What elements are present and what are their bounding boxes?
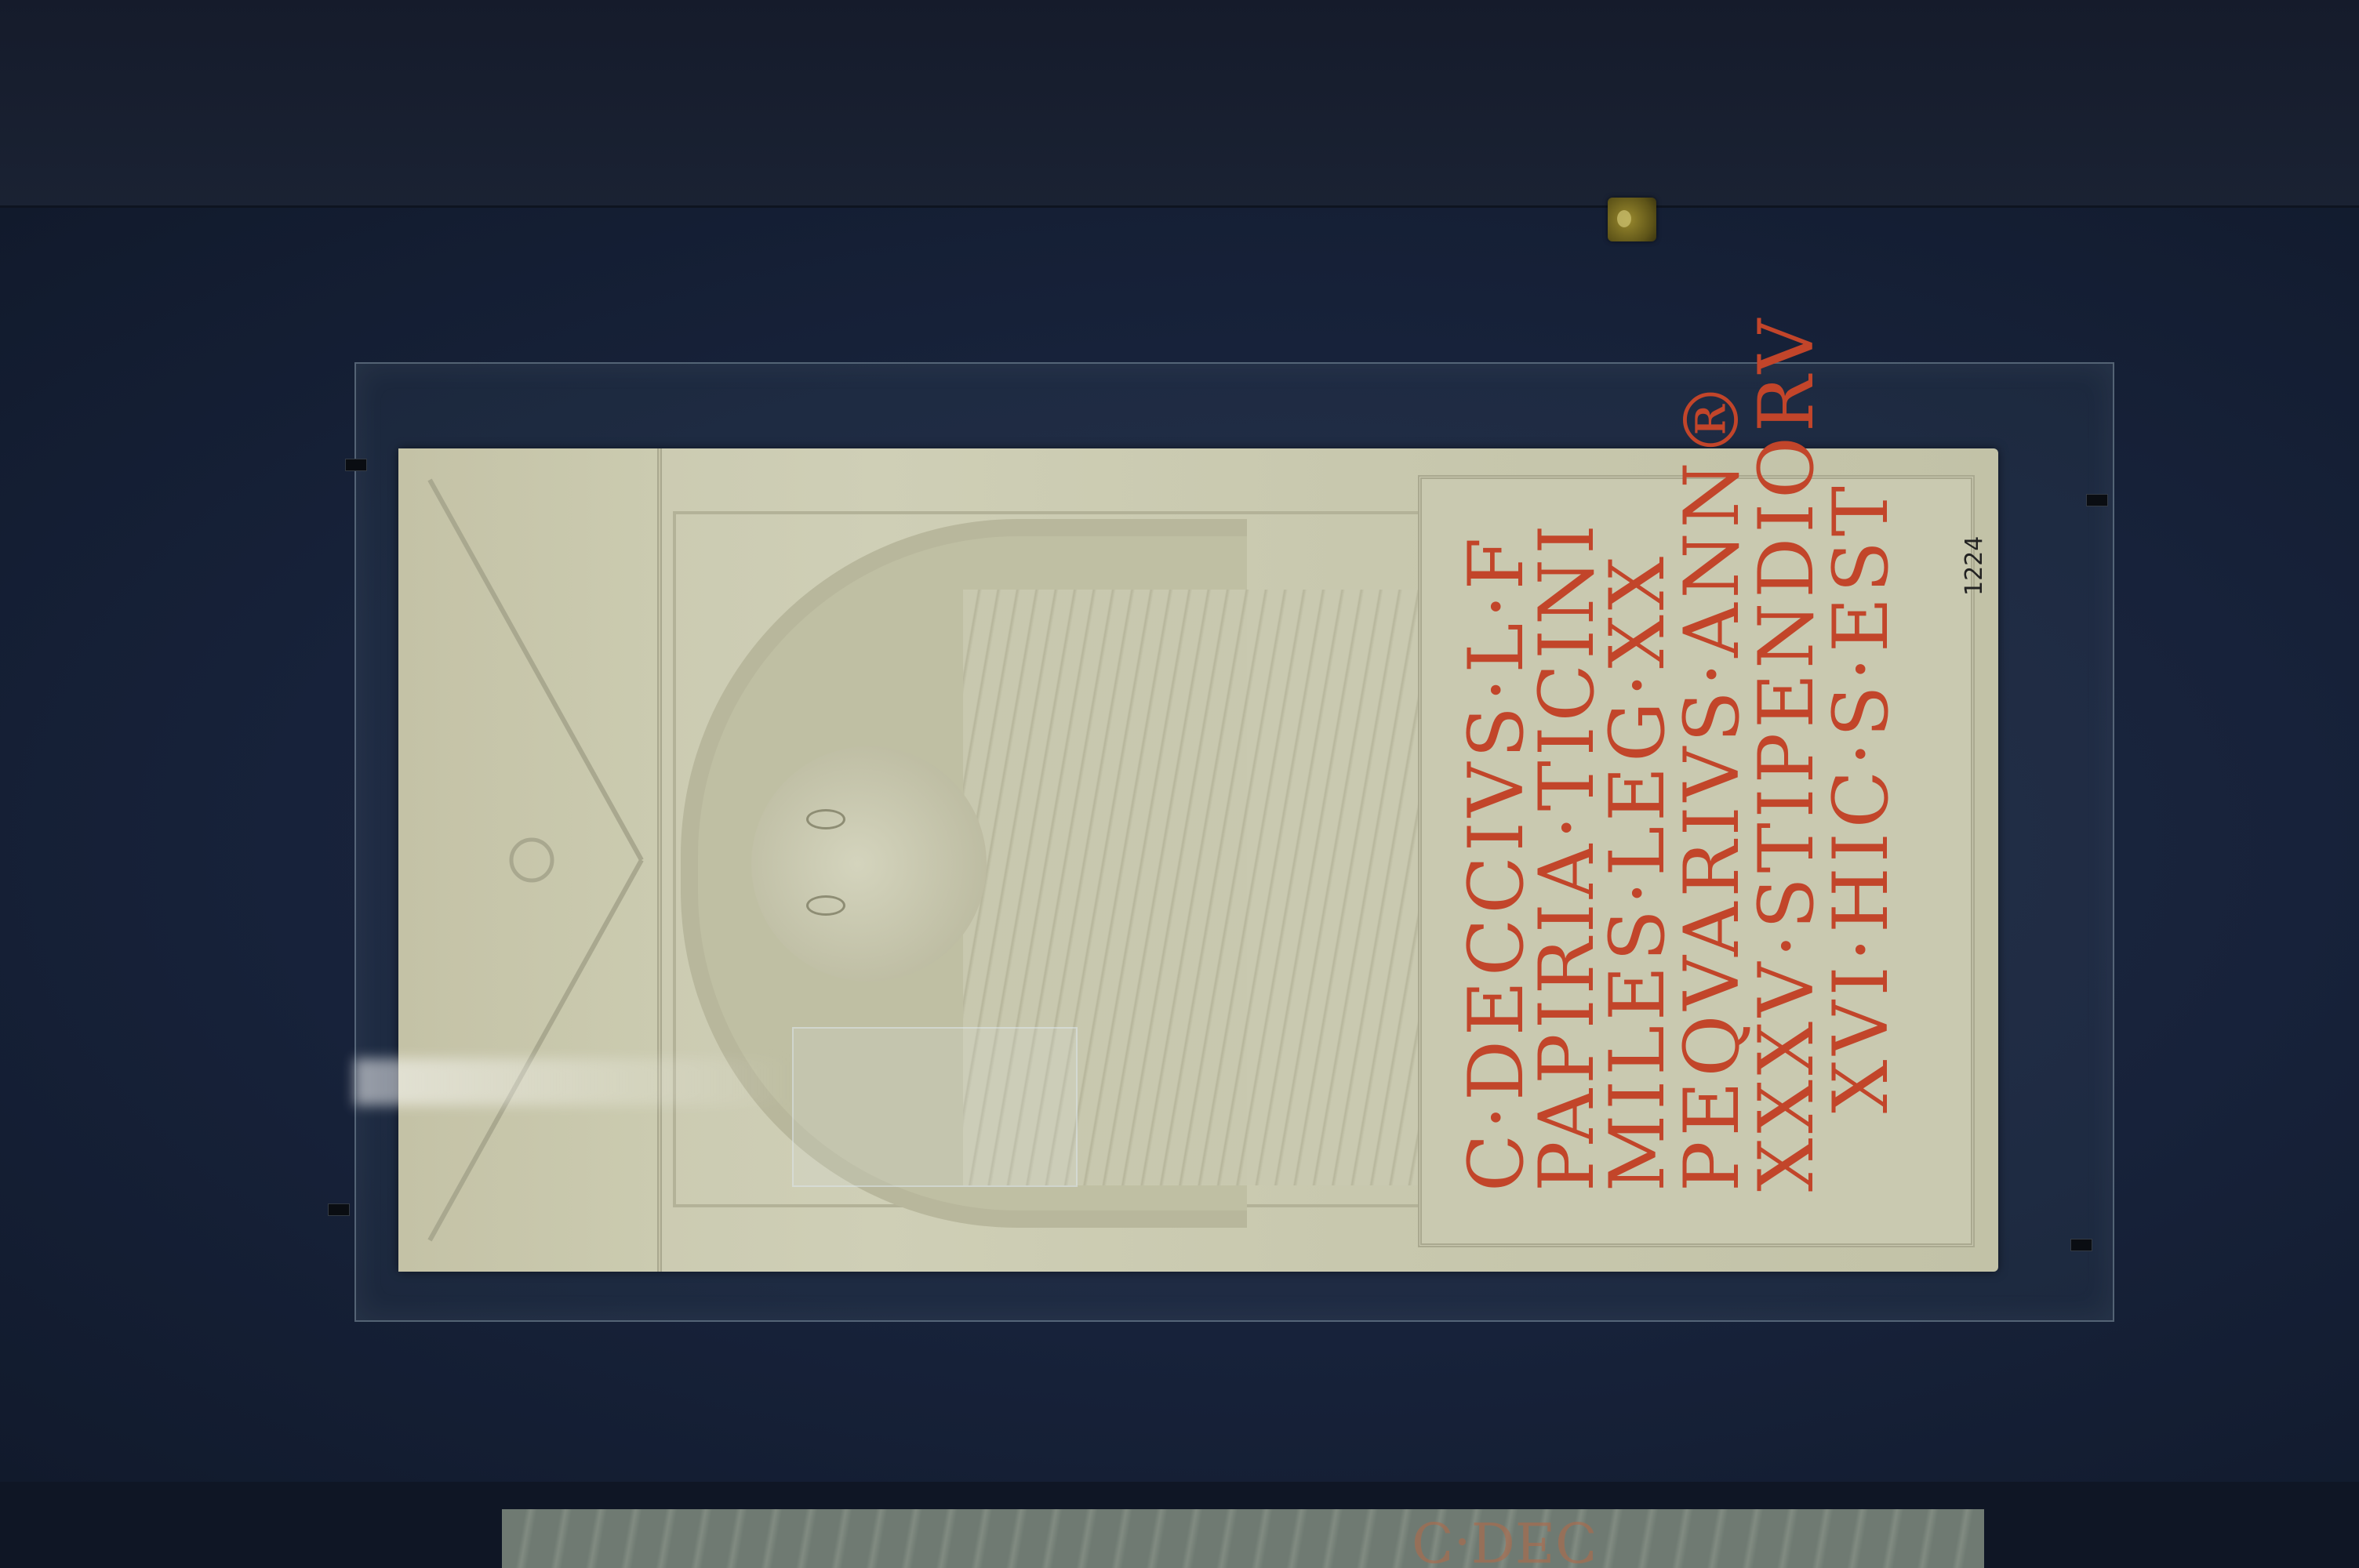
inscription-line: PEQVARIVS·ANN® <box>1674 377 1750 1192</box>
light-glare <box>354 1058 794 1105</box>
eye-icon <box>806 809 845 829</box>
plaque-knob <box>1617 210 1631 227</box>
glass-clip <box>328 1203 350 1216</box>
pediment-relief-icon <box>414 448 657 1272</box>
catalog-number: 1224 <box>1961 536 1988 596</box>
small-glass-case-reflection <box>792 1027 1078 1187</box>
eye-icon <box>806 895 845 916</box>
portrait-face <box>751 746 987 982</box>
inscription-line: MILES·LEG·XX <box>1600 552 1675 1192</box>
brass-plaque-icon <box>1608 198 1656 241</box>
inscription-line: XXXV·STIPENDIORV <box>1749 314 1824 1192</box>
glass-clip <box>345 459 367 471</box>
reflected-inscription: C·DEC <box>1412 1509 1598 1568</box>
glass-clip <box>2086 494 2108 506</box>
inscription: C·DECCIVS·L·F PAPIRIA·TICINI MILES·LEG·X… <box>1035 63 1553 768</box>
stele-reflection <box>502 1509 1984 1568</box>
inscription-line: XVI·HIC·S·EST <box>1823 481 1899 1113</box>
glass-clip <box>2070 1239 2092 1251</box>
